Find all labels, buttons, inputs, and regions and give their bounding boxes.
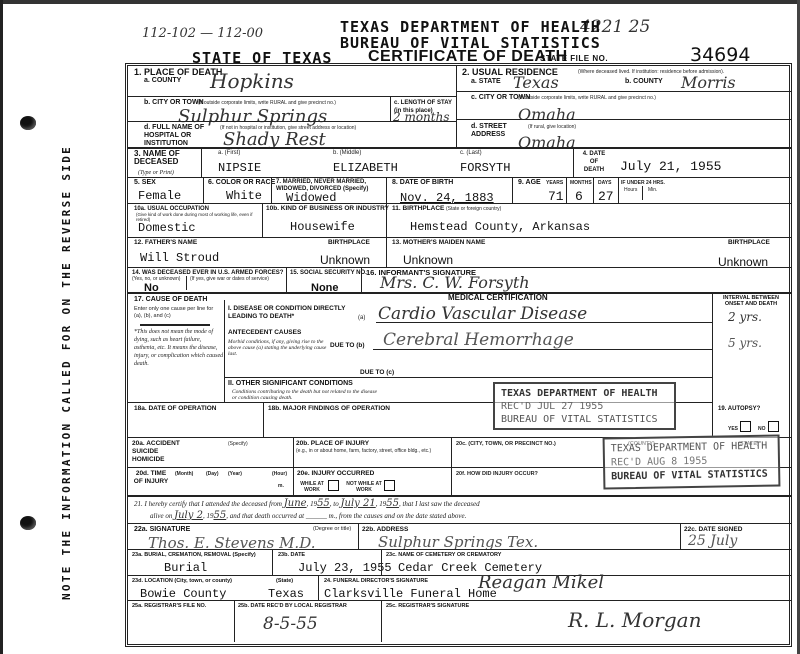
funeral-director-signature: Reagan Mikel [478, 572, 604, 593]
how-injury-label: 20f. HOW DID INJURY OCCUR? [456, 471, 538, 477]
father-birthplace-label: BIRTHPLACE [328, 239, 370, 247]
interval-label: INTERVAL BETWEEN ONSET AND DEATH [716, 295, 786, 307]
attended-from-value: June [284, 498, 307, 509]
age-days-value: 27 [598, 190, 614, 203]
father-value: Will Stroud [140, 252, 219, 265]
divider [456, 66, 457, 147]
middle-name-label: b. (Middle) [333, 150, 361, 156]
due-to-b-label: DUE TO (b) [330, 342, 365, 350]
registrar-file-label: 25a. REGISTRAR'S FILE NO. [132, 602, 206, 610]
punch-hole-icon [20, 516, 36, 530]
certify-line-2: alive on July 2, 1955, and that death oc… [150, 511, 466, 521]
birthplace-label: 11. BIRTHPLACE [392, 205, 444, 213]
occupation-value: Domestic [138, 222, 196, 235]
injury-m-label: m. [278, 483, 284, 489]
operation-findings-label: 18b. MAJOR FINDINGS OF OPERATION [268, 405, 390, 413]
last-alive-value: July 2 [174, 510, 203, 521]
received-stamp-jul: TEXAS DEPARTMENT OF HEALTH REC'D JUL 27 … [493, 382, 676, 430]
scan-edge-left [0, 0, 3, 654]
burial-method-label: 23a. BURIAL, CREMATION, REMOVAL (Specify… [132, 551, 256, 559]
injury-occurred-label: 20e. INJURY OCCURRED [297, 470, 374, 478]
attended-from-year: 55 [317, 498, 330, 509]
date-of-death-label: 4. DATE OF DEATH [580, 150, 608, 174]
handwritten-code-left: 112-102 — 112-00 [142, 26, 263, 41]
county-label: a. COUNTY [144, 77, 181, 85]
attended-to-value: July 21 [341, 498, 376, 509]
middle-name-value: ELIZABETH [333, 162, 398, 175]
burial-location-label: 23d. LOCATION (City, town, or county) [132, 577, 232, 585]
cause-of-death-label: 17. CAUSE OF DEATH [134, 296, 207, 304]
registrar-date-value: 8-5-55 [263, 614, 318, 634]
side-note: NOTE THE INFORMATION CALLED FOR ON THE R… [60, 145, 73, 600]
cemetery-label: 23c. NAME OF CEMETERY OR CREMATORY [386, 551, 501, 559]
res-city-value: Omaha [518, 105, 576, 124]
dob-label: 8. DATE OF BIRTH [392, 179, 453, 187]
injury-time-label: 20d. TIME OF INJURY [132, 470, 170, 486]
certify-line-1: 21. I hereby certify that I attended the… [134, 499, 480, 509]
injury-hour-label: (Hour) [272, 471, 287, 477]
informant-signature: Mrs. C. W. Forsyth [380, 273, 530, 292]
not-while-at-work-checkbox[interactable] [384, 480, 395, 491]
min-label: Min. [648, 187, 657, 193]
attended-to-year: 55 [386, 498, 399, 509]
birthplace-value: Hemstead County, Arkansas [410, 221, 590, 234]
death-county-value: Hopkins [210, 69, 294, 93]
cause-b-value: Cerebral Hemorrhage [383, 330, 574, 350]
date-of-death-value: July 21, 1955 [620, 160, 721, 173]
place-of-injury-label: 20b. PLACE OF INJURY [296, 440, 369, 448]
business-value: Housewife [290, 221, 355, 234]
state-file-label: STATE FILE NO. [540, 54, 608, 63]
scan-edge-top [0, 0, 800, 4]
father-birthplace-value: Unknown [320, 254, 370, 267]
first-name-value: NIPSIE [218, 162, 261, 175]
injury-year-label: (Year) [228, 471, 242, 477]
physician-signature-label: 22a. SIGNATURE [134, 526, 190, 534]
antecedent-label: ANTECEDENT CAUSES [228, 329, 301, 337]
armed-hint-2: (If yes, give war or dates of service) [190, 276, 269, 282]
last-name-label: c. (Last) [460, 150, 482, 156]
days-label: DAYS [598, 180, 611, 186]
hours-label: Hours [624, 187, 637, 193]
years-label: YEARS [546, 180, 563, 186]
interval-a-value: 2 yrs. [728, 310, 762, 324]
autopsy-no-label: NO [758, 426, 766, 432]
date-signed-value: 25 July [688, 533, 737, 549]
name-hint: (Type or Print) [138, 170, 174, 176]
due-to-c-label: DUE TO (c) [360, 369, 394, 377]
while-at-work-checkbox[interactable] [328, 480, 339, 491]
cause-a-value: Cardio Vascular Disease [378, 304, 587, 324]
hospital-label: d. FULL NAME OF HOSPITAL OR INSTITUTION [144, 124, 216, 148]
while-at-work-label: WHILE AT WORK [298, 481, 326, 493]
cause-hint: Enter only one cause per line for (a), (… [134, 306, 222, 320]
res-county-label: b. COUNTY [625, 78, 663, 86]
res-state-label: a. STATE [471, 78, 501, 86]
autopsy-no-checkbox[interactable] [768, 421, 779, 432]
age-years-value: 71 [548, 190, 564, 203]
age-label: 9. AGE [518, 179, 541, 187]
disease-label: I. DISEASE OR CONDITION DIRECTLY LEADING… [228, 305, 368, 321]
degree-label: (Degree or title) [313, 526, 351, 532]
mother-birthplace-label: BIRTHPLACE [728, 239, 770, 247]
cause-note: *This does not mean the mode of dying, s… [134, 328, 224, 368]
received-stamp-aug: TEXAS DEPARTMENT OF HEALTH REC'D AUG 8 1… [603, 434, 781, 489]
business-label: 10b. KIND OF BUSINESS OR INDUSTRY [266, 205, 389, 213]
res-street-label: d. STREET ADDRESS [471, 123, 511, 139]
months-label: MONTHS [570, 180, 592, 186]
res-street-value: Omaha [518, 133, 576, 152]
burial-method-value: Burial [164, 562, 207, 575]
sex-label: 5. SEX [134, 179, 156, 187]
injury-month-label: (Month) [175, 471, 193, 477]
mother-label: 13. MOTHER'S MAIDEN NAME [392, 239, 485, 247]
res-county-value: Morris [681, 73, 736, 92]
burial-state-label: (State) [276, 577, 293, 585]
race-value: White [226, 190, 262, 203]
last-alive-year: 55 [213, 510, 226, 521]
interval-b-value: 5 yrs. [728, 336, 762, 350]
res-street-hint: (If rural, give location) [528, 124, 576, 130]
medical-certification-title: MEDICAL CERTIFICATION [448, 294, 548, 302]
injury-day-label: (Day) [206, 471, 219, 477]
sex-value: Female [138, 190, 181, 203]
mother-value: Unknown [403, 254, 453, 267]
autopsy-label: 19. AUTOPSY? [718, 405, 760, 413]
registrar-date-label: 25b. DATE REC'D BY LOCAL REGISTRAR [238, 602, 347, 610]
registrar-signature: R. L. Morgan [568, 608, 701, 632]
registrar-signature-label: 25c. REGISTRAR'S SIGNATURE [386, 602, 469, 610]
cause-a-label: (a) [358, 315, 365, 321]
antecedent-hint: Morbid conditions, if any, giving rise t… [228, 339, 328, 357]
operation-date-label: 18a. DATE OF OPERATION [134, 405, 216, 413]
name-label: 3. NAME OF DECEASED [134, 150, 194, 166]
punch-hole-icon [20, 116, 36, 130]
not-while-at-work-label: NOT WHILE AT WORK [346, 481, 382, 493]
other-conditions-label: II. OTHER SIGNIFICANT CONDITIONS [228, 380, 353, 388]
burial-date-value: July 23, 1955 [298, 562, 392, 575]
age-months-value: 6 [575, 190, 583, 203]
place-of-injury-hint: (e.g., in or about home, farm, factory, … [296, 448, 446, 454]
funeral-director-label: 24. FUNERAL DIRECTOR'S SIGNATURE [324, 577, 428, 585]
certificate-form: 1. PLACE OF DEATH a. COUNTY Hopkins b. C… [125, 63, 792, 647]
res-city-hint: (If outside corporate limits, write RURA… [518, 95, 656, 101]
injury-city-label: 20c. (CITY, TOWN, OR PRECINCT NO.) [456, 441, 556, 447]
race-label: 6. COLOR OR RACE [208, 179, 275, 187]
res-state-value: Texas [513, 73, 559, 92]
birthplace-hint: (State or foreign country) [446, 206, 501, 212]
autopsy-yes-label: YES [728, 426, 738, 432]
accident-specify: (Specify) [228, 441, 248, 447]
autopsy-yes-checkbox[interactable] [740, 421, 751, 432]
accident-label: 20a. ACCIDENT SUICIDE HOMICIDE [132, 440, 192, 464]
father-label: 12. FATHER'S NAME [134, 239, 197, 247]
last-name-value: FORSYTH [460, 162, 510, 175]
burial-date-label: 23b. DATE [278, 551, 305, 559]
first-name-label: a. (First) [218, 150, 240, 156]
ssn-label: 15. SOCIAL SECURITY NO. [290, 269, 367, 277]
other-conditions-hint: Conditions contributing to the death but… [232, 389, 377, 401]
